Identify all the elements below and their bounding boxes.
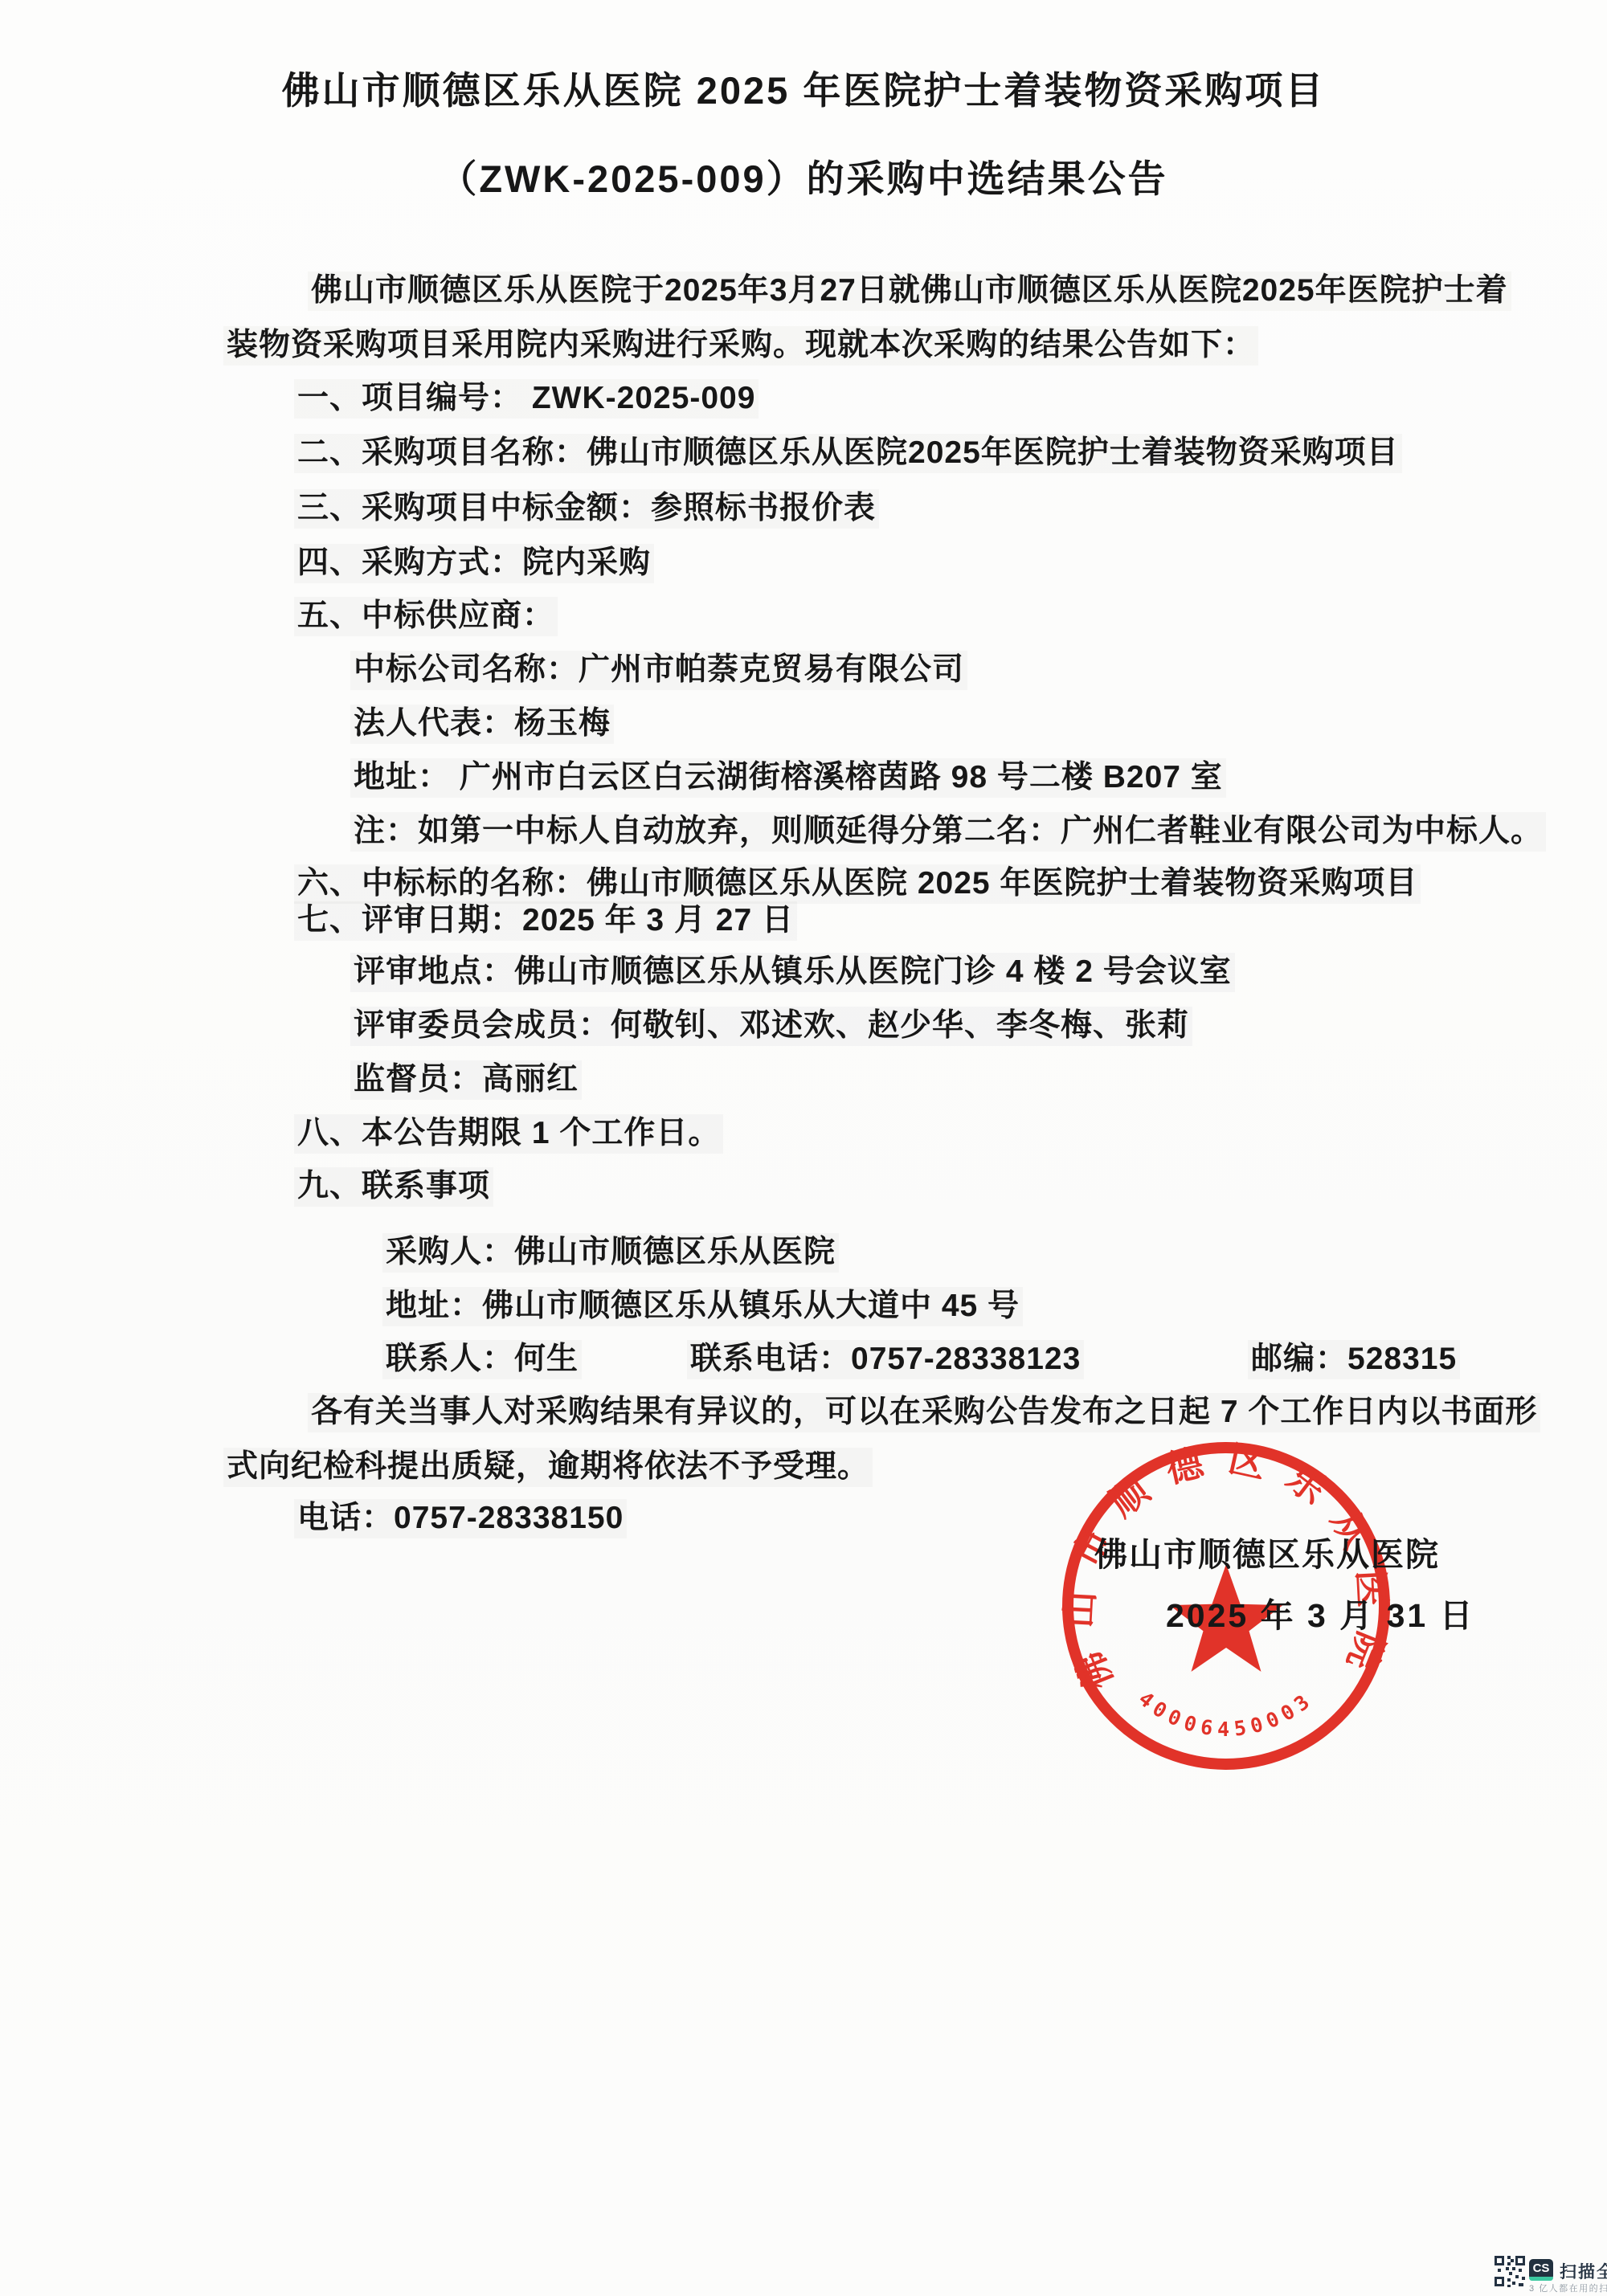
camscanner-tagline: 3 亿人都在用的扫描 App: [1529, 2282, 1607, 2294]
review-committee: 评审委员会成员：何敬钊、邓述欢、赵少华、李冬梅、张莉: [350, 1007, 1192, 1046]
camscanner-logo: CS: [1529, 2259, 1553, 2278]
intro-line-1: 佛山市顺德区乐从医院于2025年3月27日就佛山市顺德区乐从医院2025年医院护…: [308, 272, 1511, 311]
document-title-line-1: 佛山市顺德区乐从医院 2025 年医院护士着装物资采购项目: [0, 67, 1607, 114]
item-9-contact-info: 九、联系事项: [294, 1167, 493, 1207]
runner-up-note: 注：如第一中标人自动放弃，则顺延得分第二名：广州仁者鞋业有限公司为中标人。: [350, 812, 1546, 852]
postal-code: 邮编：528315: [1248, 1340, 1460, 1379]
intro-line-2: 装物资采购项目采用院内采购进行采购。现就本次采购的结果公告如下：: [223, 326, 1258, 366]
item-4-procurement-mode: 四、采购方式：院内采购: [294, 544, 654, 583]
item-5-winning-supplier: 五、中标供应商：: [294, 597, 558, 636]
qr-code: [1495, 2254, 1525, 2288]
company-address: 地址： 广州市白云区白云湖街榕溪榕茵路 98 号二楼 B207 室: [350, 758, 1226, 798]
item-2-project-name: 二、采购项目名称：佛山市顺德区乐从医院2025年医院护士着装物资采购项目: [294, 434, 1402, 473]
item-3-award-amount: 三、采购项目中标金额：参照标书报价表: [294, 489, 879, 529]
scanned-document-page: 佛山市顺德区乐从医院 2025 年医院护士着装物资采购项目 （ZWK-2025-…: [0, 0, 1607, 2296]
objection-line-2: 式向纪检科提出质疑，逾期将依法不予受理。: [223, 1448, 873, 1487]
signature-organization: 佛山市顺德区乐从医院: [1091, 1534, 1443, 1575]
review-supervisor: 监督员：高丽红: [350, 1060, 582, 1100]
item-8-notice-period: 八、本公告期限 1 个工作日。: [294, 1114, 723, 1154]
objection-line-1: 各有关当事人对采购结果有异议的，可以在采购公告发布之日起 7 个工作日内以书面形: [308, 1393, 1540, 1432]
item-7-review-date: 七、评审日期：2025 年 3 月 27 日: [294, 901, 797, 941]
buyer-name: 采购人：佛山市顺德区乐从医院: [382, 1233, 839, 1273]
document-title-line-2: （ZWK-2025-009）的采购中选结果公告: [0, 156, 1607, 202]
review-location: 评审地点：佛山市顺德区乐从镇乐从医院门诊 4 楼 2 号会议室: [350, 953, 1235, 992]
contact-person: 联系人：何生: [382, 1340, 582, 1379]
buyer-address: 地址：佛山市顺德区乐从镇乐从大道中 45 号: [382, 1287, 1023, 1326]
item-6-award-subject: 六、中标标的名称：佛山市顺德区乐从医院 2025 年医院护士着装物资采购项目: [294, 864, 1421, 904]
item-1-project-number: 一、项目编号： ZWK-2025-009: [294, 379, 759, 419]
legal-representative: 法人代表：杨玉梅: [350, 705, 614, 744]
objection-phone: 电话：0757-28338150: [294, 1499, 627, 1538]
contact-phone: 联系电话：0757-28338123: [687, 1340, 1084, 1379]
signature-date: 2025 年 3 月 31 日: [1163, 1595, 1478, 1636]
camscanner-app-name: 扫描全能王: [1560, 2259, 1607, 2283]
winning-company-name: 中标公司名称：广州市帕萘克贸易有限公司: [350, 651, 967, 690]
